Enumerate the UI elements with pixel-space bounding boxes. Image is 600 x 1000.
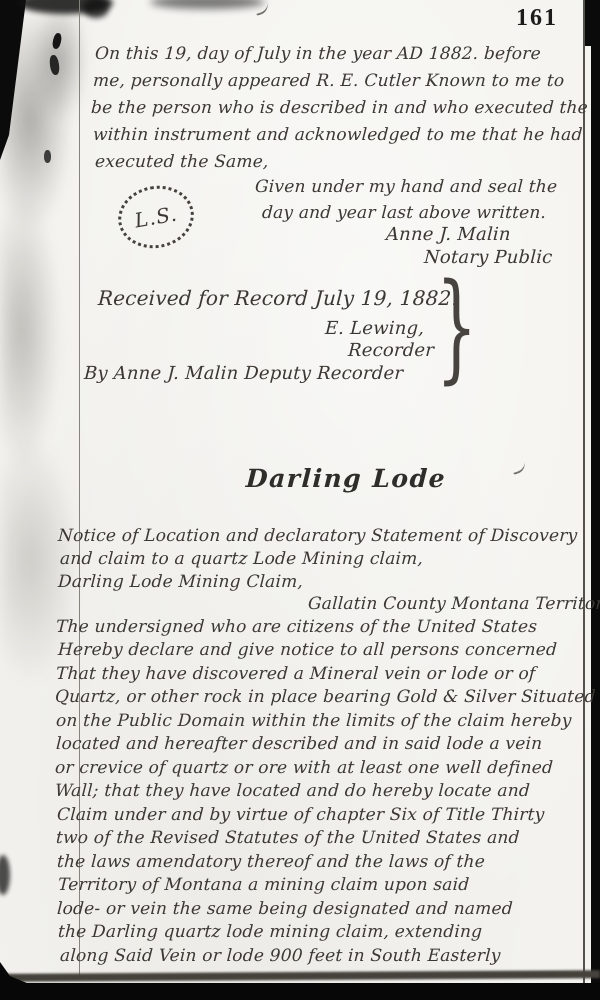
attestation-line: Given under my hand and seal the xyxy=(254,177,557,197)
claim-body-line: the laws amendatory thereof and the laws… xyxy=(56,852,485,872)
scanner-edge-right xyxy=(585,0,600,46)
curly-brace: } xyxy=(436,274,477,378)
claim-body-line: along Said Vein or lode 900 feet in Sout… xyxy=(59,946,501,966)
notary-signature: Anne J. Malin xyxy=(385,224,511,245)
claim-body-line: the Darling quartz lode mining claim, ex… xyxy=(57,922,482,942)
claim-body-line: on the Public Domain within the limits o… xyxy=(55,711,572,731)
notary-seal-icon: L.S. xyxy=(113,180,199,254)
recorder-signature: E. Lewing, xyxy=(324,318,424,339)
scanner-edge-right xyxy=(591,0,600,1000)
recorder-title: Recorder xyxy=(347,340,434,361)
claim-dateline: Gallatin County Montana Territory xyxy=(307,594,600,614)
attestation-line: day and year last above written. xyxy=(261,203,546,223)
claim-body-line: two of the Revised Statutes of the Unite… xyxy=(55,828,520,848)
check-pen-mark xyxy=(511,461,527,475)
page-edge-bottom xyxy=(0,970,600,982)
page-edge-line xyxy=(583,0,585,1000)
notice-line: and claim to a quartz Lode Mining claim, xyxy=(59,549,423,569)
claim-body-line: Claim under and by virtue of chapter Six… xyxy=(56,805,544,825)
claim-body-line: lode- or vein the same being designated … xyxy=(56,899,513,919)
received-for-record-line: Received for Record July 19, 1882. xyxy=(97,286,458,310)
claim-body-line: Territory of Montana a mining claim upon… xyxy=(57,875,469,895)
notice-line: Darling Lode Mining Claim, xyxy=(57,572,303,592)
claim-body-line: Hereby declare and give notice to all pe… xyxy=(57,640,557,660)
claim-title: Darling Lode xyxy=(245,464,447,493)
acknowledgment-line: be the person who is described in and wh… xyxy=(90,98,588,118)
top-edge-smudge xyxy=(150,0,265,9)
claim-body-line: Wall; that they have located and do here… xyxy=(54,781,530,801)
claim-body-line: Quartz, or other rock in place bearing G… xyxy=(54,687,596,707)
left-edge-mark xyxy=(0,855,10,895)
top-edge-smudge xyxy=(83,0,109,18)
acknowledgment-line: me, personally appeared R. E. Cutler Kno… xyxy=(92,71,564,91)
ink-speck xyxy=(44,150,51,163)
acknowledgment-line: within instrument and acknowledged to me… xyxy=(92,125,583,145)
deputy-recorder-line: By Anne J. Malin Deputy Recorder xyxy=(83,363,403,384)
document-page: 161 On this 19, day of July in the year … xyxy=(0,0,600,1000)
claim-body-line: located and hereafter described and in s… xyxy=(55,734,542,754)
acknowledgment-line: executed the Same, xyxy=(94,152,269,172)
claim-body-line: The undersigned who are citizens of the … xyxy=(55,617,537,637)
acknowledgment-line: On this 19, day of July in the year AD 1… xyxy=(94,44,541,64)
claim-body-line: That they have discovered a Mineral vein… xyxy=(55,664,535,684)
notice-line: Notice of Location and declaratory State… xyxy=(57,526,577,546)
scanner-edge-bottom xyxy=(0,983,600,1000)
claim-body-line: or crevice of quartz or ore with at leas… xyxy=(54,758,553,778)
seal-label: L.S. xyxy=(133,201,179,232)
page-number: 161 xyxy=(516,5,558,32)
